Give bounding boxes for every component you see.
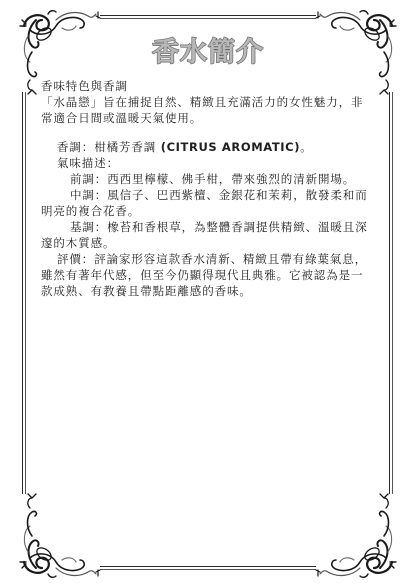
scent-description-label: 氣味描述： <box>41 155 371 171</box>
fragrance-family-english: (CITRUS AROMATIC) <box>161 140 300 154</box>
frame-right-line <box>389 92 393 494</box>
fragrance-family-line: 香調：柑橘芳香調 (CITRUS AROMATIC)。 <box>41 139 371 155</box>
document-body: 香味特色與香調 「水晶戀」旨在捕捉自然、精緻且充滿活力的女性魅力，非常適合日間或… <box>41 78 371 299</box>
document-page: 香水簡介 香味特色與香調 「水晶戀」旨在捕捉自然、精緻且充滿活力的女性魅力，非常… <box>0 0 416 588</box>
fragrance-family-label: 香調： <box>57 140 94 154</box>
fragrance-family-suffix: 。 <box>300 140 312 154</box>
review-paragraph: 評價：評論家形容這款香水清新、精緻且帶有綠葉氣息，雖然有著年代感，但至今仍顯得現… <box>41 251 371 299</box>
fragrance-family-value: 柑橘芳香調 <box>94 140 156 154</box>
frame-left-line <box>22 92 26 494</box>
spacer <box>41 126 371 139</box>
page-title: 香水簡介 <box>0 30 416 69</box>
flourish-corner-icon <box>16 490 108 582</box>
section-heading: 香味特色與香調 <box>41 78 371 94</box>
middle-notes: 中調：風信子、巴西紫檀、金銀花和茉莉，散發柔和而明亮的複合花香。 <box>41 187 371 219</box>
top-notes: 前調：西西里檸檬、佛手柑，帶來強烈的清新開場。 <box>41 171 371 187</box>
intro-paragraph: 「水晶戀」旨在捕捉自然、精緻且充滿活力的女性魅力，非常適合日間或溫暖天氣使用。 <box>41 94 371 126</box>
base-notes: 基調：橡苔和香根草，為整體香調提供精緻、溫暖且深邃的木質感。 <box>41 219 371 251</box>
flourish-corner-icon <box>308 490 400 582</box>
frame-bottom-line <box>100 566 316 570</box>
frame-top-line <box>100 15 316 19</box>
